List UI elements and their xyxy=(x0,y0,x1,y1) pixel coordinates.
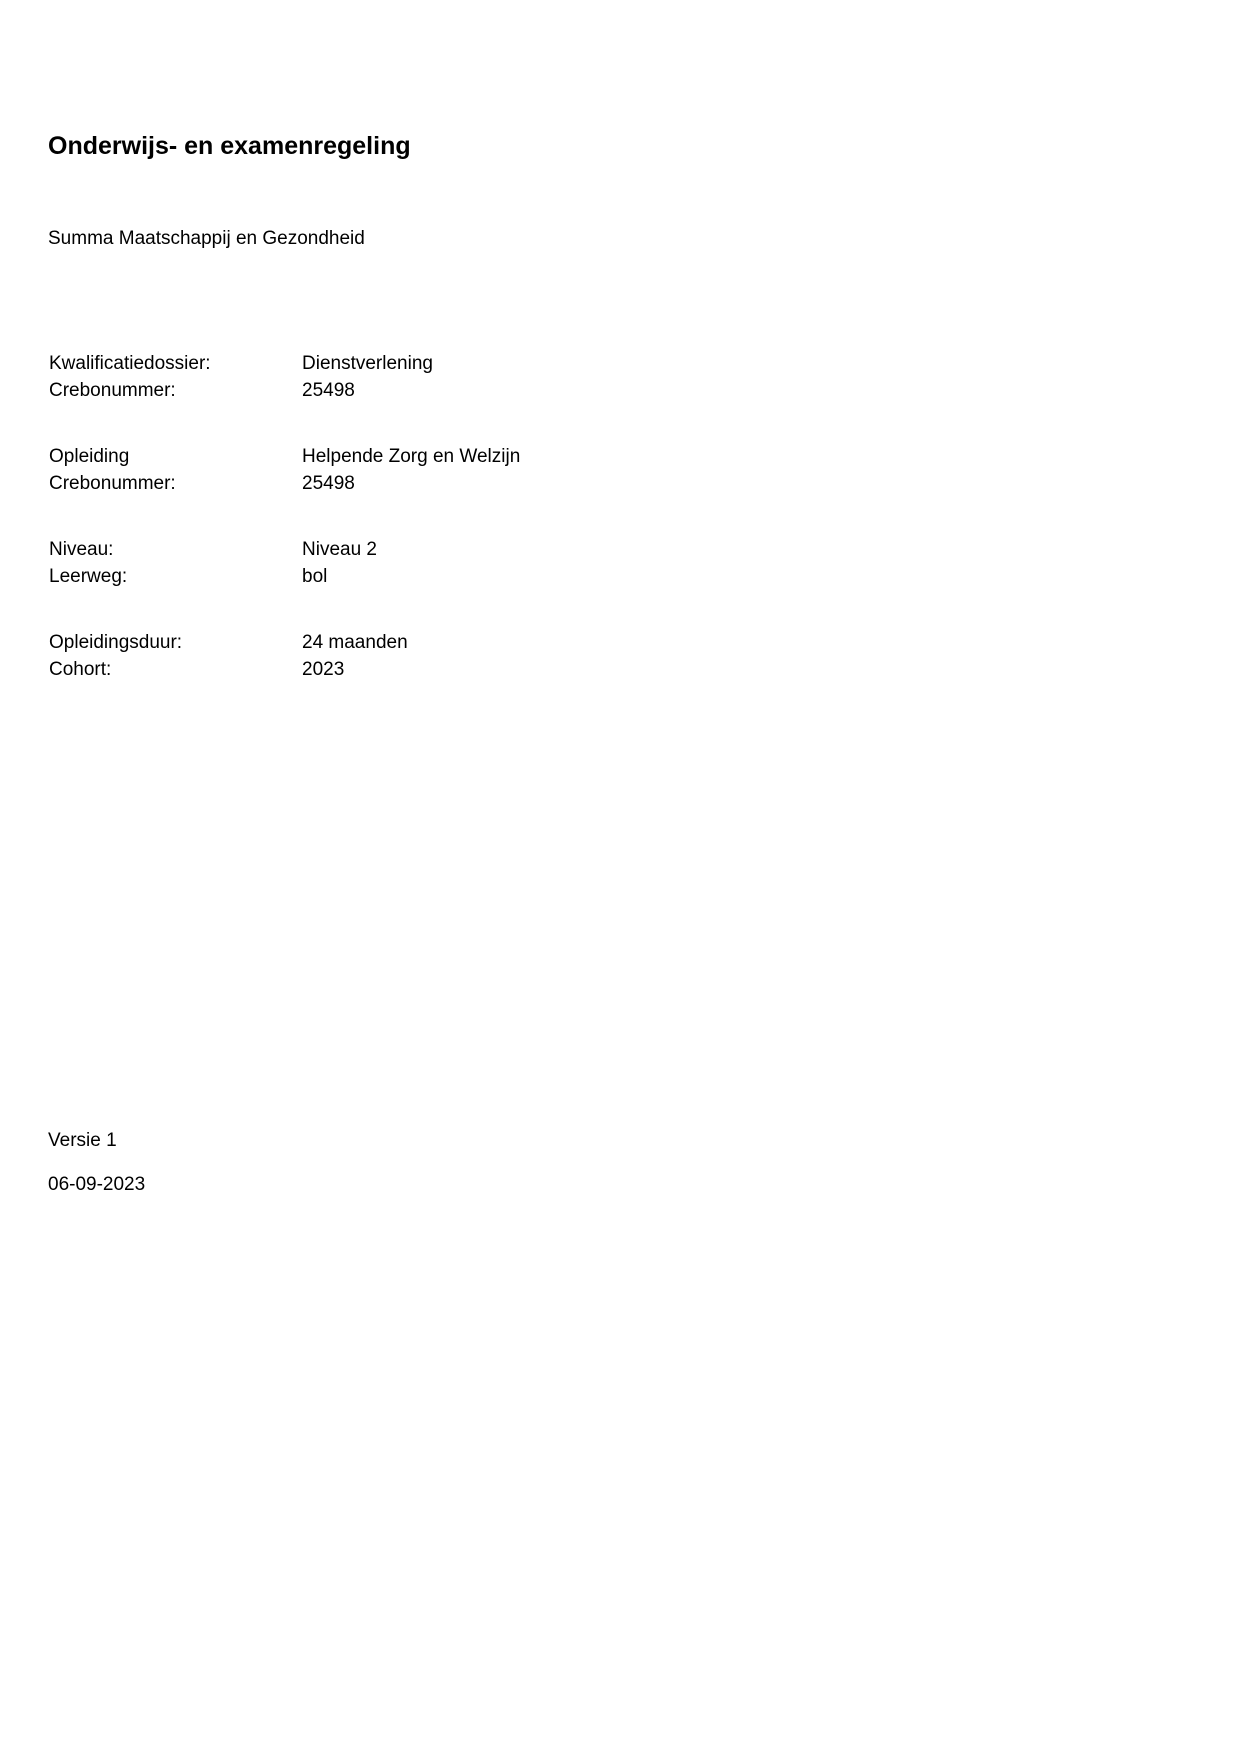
info-value: Dienstverlening xyxy=(302,351,433,378)
info-label: Opleiding xyxy=(49,444,302,471)
info-row: Niveau: Niveau 2 xyxy=(49,537,520,564)
document-subtitle: Summa Maatschappij en Gezondheid xyxy=(48,227,365,251)
info-row: Crebonummer: 25498 xyxy=(49,471,520,498)
info-row: Opleiding Helpende Zorg en Welzijn xyxy=(49,444,520,471)
info-group-opleiding: Opleiding Helpende Zorg en Welzijn Crebo… xyxy=(49,444,520,497)
info-group-kwalificatiedossier: Kwalificatiedossier: Dienstverlening Cre… xyxy=(49,351,520,404)
info-label: Crebonummer: xyxy=(49,471,302,498)
info-value: bol xyxy=(302,564,327,591)
info-row: Cohort: 2023 xyxy=(49,657,520,684)
info-value: 25498 xyxy=(302,378,355,405)
info-label: Niveau: xyxy=(49,537,302,564)
info-row: Crebonummer: 25498 xyxy=(49,378,520,405)
info-row: Leerweg: bol xyxy=(49,564,520,591)
info-value: 24 maanden xyxy=(302,630,408,657)
info-value: Niveau 2 xyxy=(302,537,377,564)
document-date: 06-09-2023 xyxy=(48,1173,145,1197)
info-row: Kwalificatiedossier: Dienstverlening xyxy=(49,351,520,378)
document-title: Onderwijs- en examenregeling xyxy=(48,131,411,161)
info-group-niveau: Niveau: Niveau 2 Leerweg: bol xyxy=(49,537,520,590)
document-version: Versie 1 xyxy=(48,1129,117,1153)
info-label: Kwalificatiedossier: xyxy=(49,351,302,378)
info-row: Opleidingsduur: 24 maanden xyxy=(49,630,520,657)
info-value: 25498 xyxy=(302,471,355,498)
info-table: Kwalificatiedossier: Dienstverlening Cre… xyxy=(49,351,520,723)
info-label: Crebonummer: xyxy=(49,378,302,405)
info-value: 2023 xyxy=(302,657,344,684)
info-value: Helpende Zorg en Welzijn xyxy=(302,444,520,471)
info-label: Leerweg: xyxy=(49,564,302,591)
info-label: Opleidingsduur: xyxy=(49,630,302,657)
info-group-opleidingsduur: Opleidingsduur: 24 maanden Cohort: 2023 xyxy=(49,630,520,683)
info-label: Cohort: xyxy=(49,657,302,684)
